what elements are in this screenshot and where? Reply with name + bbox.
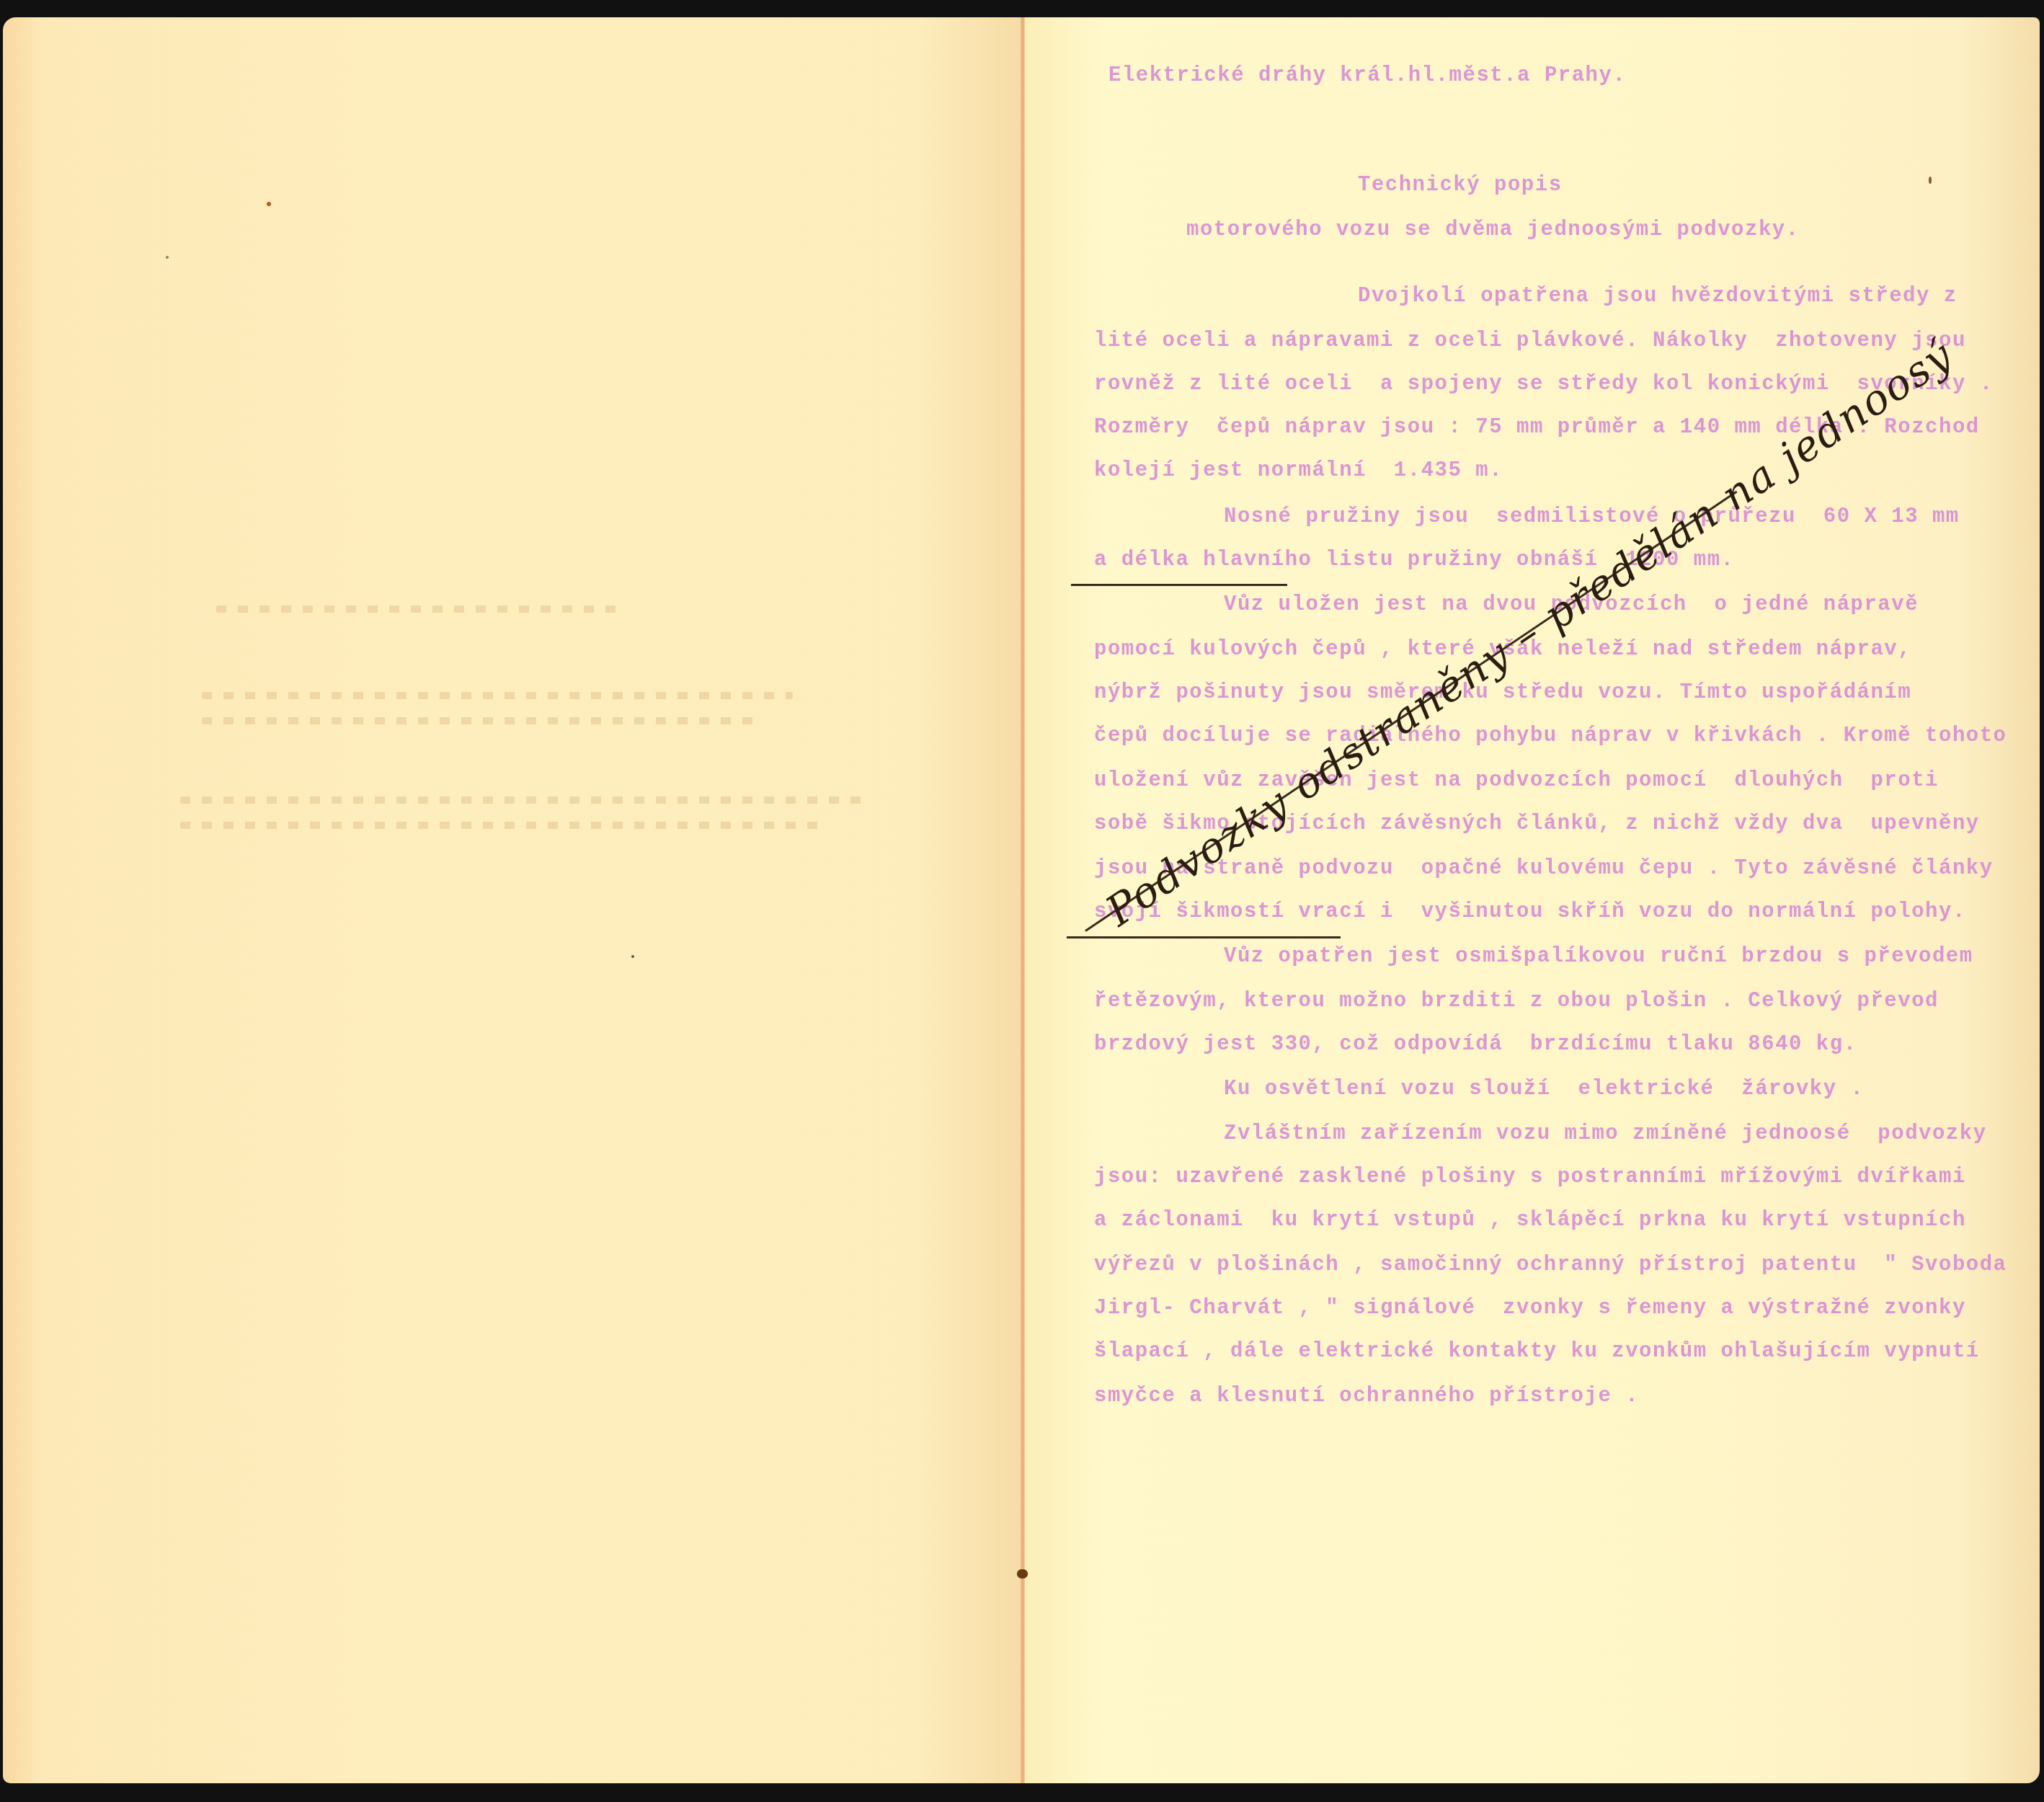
show-through-mark [202, 717, 764, 724]
body-line: výřezů v plošinách , samočinný ochranný … [1094, 1253, 2007, 1277]
body-line: brzdový jest 330, což odpovídá brzdícímu… [1094, 1032, 1857, 1056]
pen-underline-bottom [1067, 936, 1341, 938]
document-subtitle: motorového vozu se dvěma jednoosými podv… [1186, 218, 1800, 241]
show-through-mark [202, 692, 793, 699]
body-line: Dvojkolí opatřena jsou hvězdovitými stře… [1358, 284, 1958, 308]
show-through-mark [180, 822, 829, 829]
document-title: Technický popis [1358, 173, 1563, 197]
body-line: čepů docíluje se radiálného pohybu nápra… [1094, 724, 2007, 747]
body-line: lité oceli a nápravami z oceli plávkové.… [1094, 329, 1966, 352]
body-line: kolejí jest normální 1.435 m. [1094, 458, 1503, 482]
page-fold [1021, 17, 1025, 1783]
paper-speck [631, 955, 634, 958]
body-line: uložení vůz zavěšen jest na podvozcích p… [1094, 768, 1939, 792]
show-through-mark [180, 796, 865, 804]
body-line: řetězovým, kterou možno brzditi z obou p… [1094, 989, 1939, 1013]
left-page [3, 17, 1022, 1783]
body-line: Jirgl- Charvát , " signálové zvonky s ře… [1094, 1296, 1966, 1320]
pen-underline-top [1071, 584, 1287, 586]
body-line: svojí šikmostí vrací i vyšinutou skříň v… [1094, 900, 1966, 923]
show-through-mark [216, 605, 620, 613]
body-line: smyčce a klesnutí ochranného přístroje . [1094, 1384, 1639, 1408]
body-line: nýbrž pošinuty jsou směrem ku středu voz… [1094, 680, 1911, 704]
document-header: Elektrické dráhy král.hl.měst.a Prahy. [1108, 63, 1626, 87]
body-line: Zvláštním zařízením vozu mimo zmíněné je… [1224, 1122, 1987, 1145]
body-line: šlapací , dále elektrické kontakty ku zv… [1094, 1339, 1980, 1363]
body-line: Ku osvětlení vozu slouží elektrické žáro… [1224, 1077, 1864, 1101]
paper-stain [1017, 1569, 1028, 1579]
body-line: Nosné pružiny jsou sedmilistové o průřez… [1224, 505, 1960, 528]
paper-speck [1929, 177, 1932, 184]
body-line: jsou: uzavřené zasklené plošiny s postra… [1094, 1165, 1966, 1189]
body-line: Vůz opatřen jest osmišpalíkovou ruční br… [1224, 944, 1973, 968]
paper-speck [166, 256, 169, 259]
body-line: a záclonami ku krytí vstupů , sklápěcí p… [1094, 1208, 1966, 1232]
paper-speck [267, 202, 271, 206]
